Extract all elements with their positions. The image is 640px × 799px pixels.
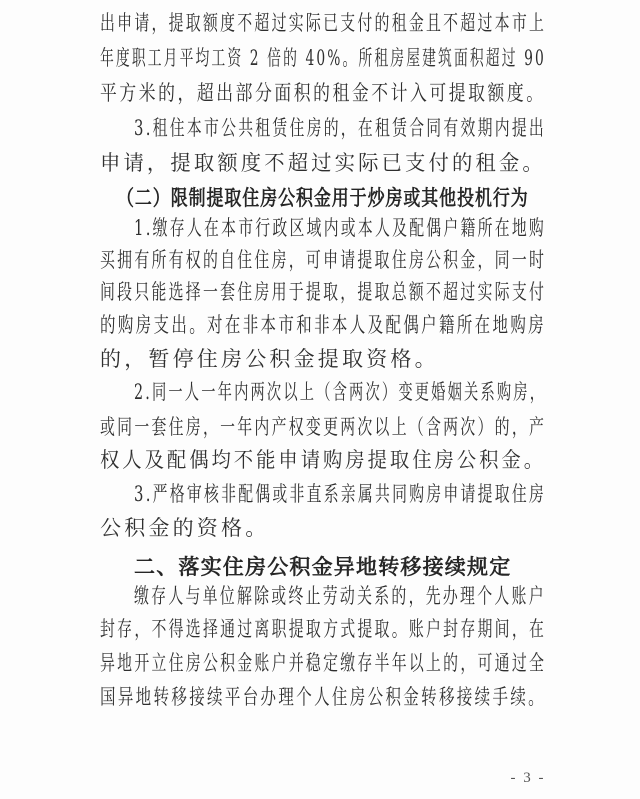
paragraph-line: 买拥有所有权的自住住房，可申请提取住房公积金，同一时 — [100, 245, 416, 275]
paragraph-line: 3.严格审核非配偶或非直系亲属共同购房申请提取住房 — [134, 479, 425, 509]
paragraph-line: 3.租住本市公共租赁住房的，在租赁合同有效期内提出 — [134, 113, 425, 143]
paragraph-line: 2.同一人一年内两次以上（含两次）变更婚姻关系购房， — [134, 377, 414, 407]
paragraph-line: 或同一套住房，一年内产权变更两次以上（含两次）的，产 — [100, 412, 416, 442]
paragraph-line: 平方米的，超出部分面积的租金不计入可提取额度。 — [100, 78, 457, 108]
paragraph-line: 1.缴存人在本市行政区域内或本人及配偶户籍所在地购 — [134, 213, 425, 243]
section-subheading: （二）限制提取住房公积金用于炒房或其他投机行为 — [117, 183, 449, 213]
paragraph-line: 申请，提取额度不超过实际已支付的租金。 — [100, 148, 532, 178]
paragraph-line: 封存，不得选择通过离职提取方式提取。账户封存期间，在 — [100, 614, 416, 644]
paragraph-line: 国异地转移接续平台办理个人住房公积金转移接续手续。 — [100, 682, 429, 712]
paragraph-line: 年度职工月平均工资 2 倍的 40%。所租房屋建筑面积超过 90 — [100, 43, 393, 73]
paragraph-line: 的购房支出。对在非本市和非本人及配偶户籍所在地购房 — [100, 310, 429, 340]
section-heading: 二、落实住房公积金异地转移接续规定 — [134, 552, 546, 582]
paragraph-line: 的，暂停住房公积金提取资格。 — [100, 344, 546, 374]
page-number: - 3 - — [505, 766, 551, 790]
paragraph-line: 权人及配偶均不能申请购房提取住房公积金。 — [100, 445, 511, 475]
document-page: 出申请，提取额度不超过实际已支付的租金且不超过本市上 年度职工月平均工资 2 倍… — [0, 0, 640, 799]
paragraph-line: 间段只能选择一套住房用于提取，提取总额不超过实际支付 — [100, 277, 416, 307]
paragraph-line: 出申请，提取额度不超过实际已支付的租金且不超过本市上 — [100, 8, 416, 38]
paragraph-line: 异地开立住房公积金账户并稳定缴存半年以上的，可通过全 — [100, 648, 416, 678]
paragraph-line: 缴存人与单位解除或终止劳动关系的，先办理个人账户 — [134, 581, 426, 611]
paragraph-line: 公积金的资格。 — [100, 513, 546, 543]
